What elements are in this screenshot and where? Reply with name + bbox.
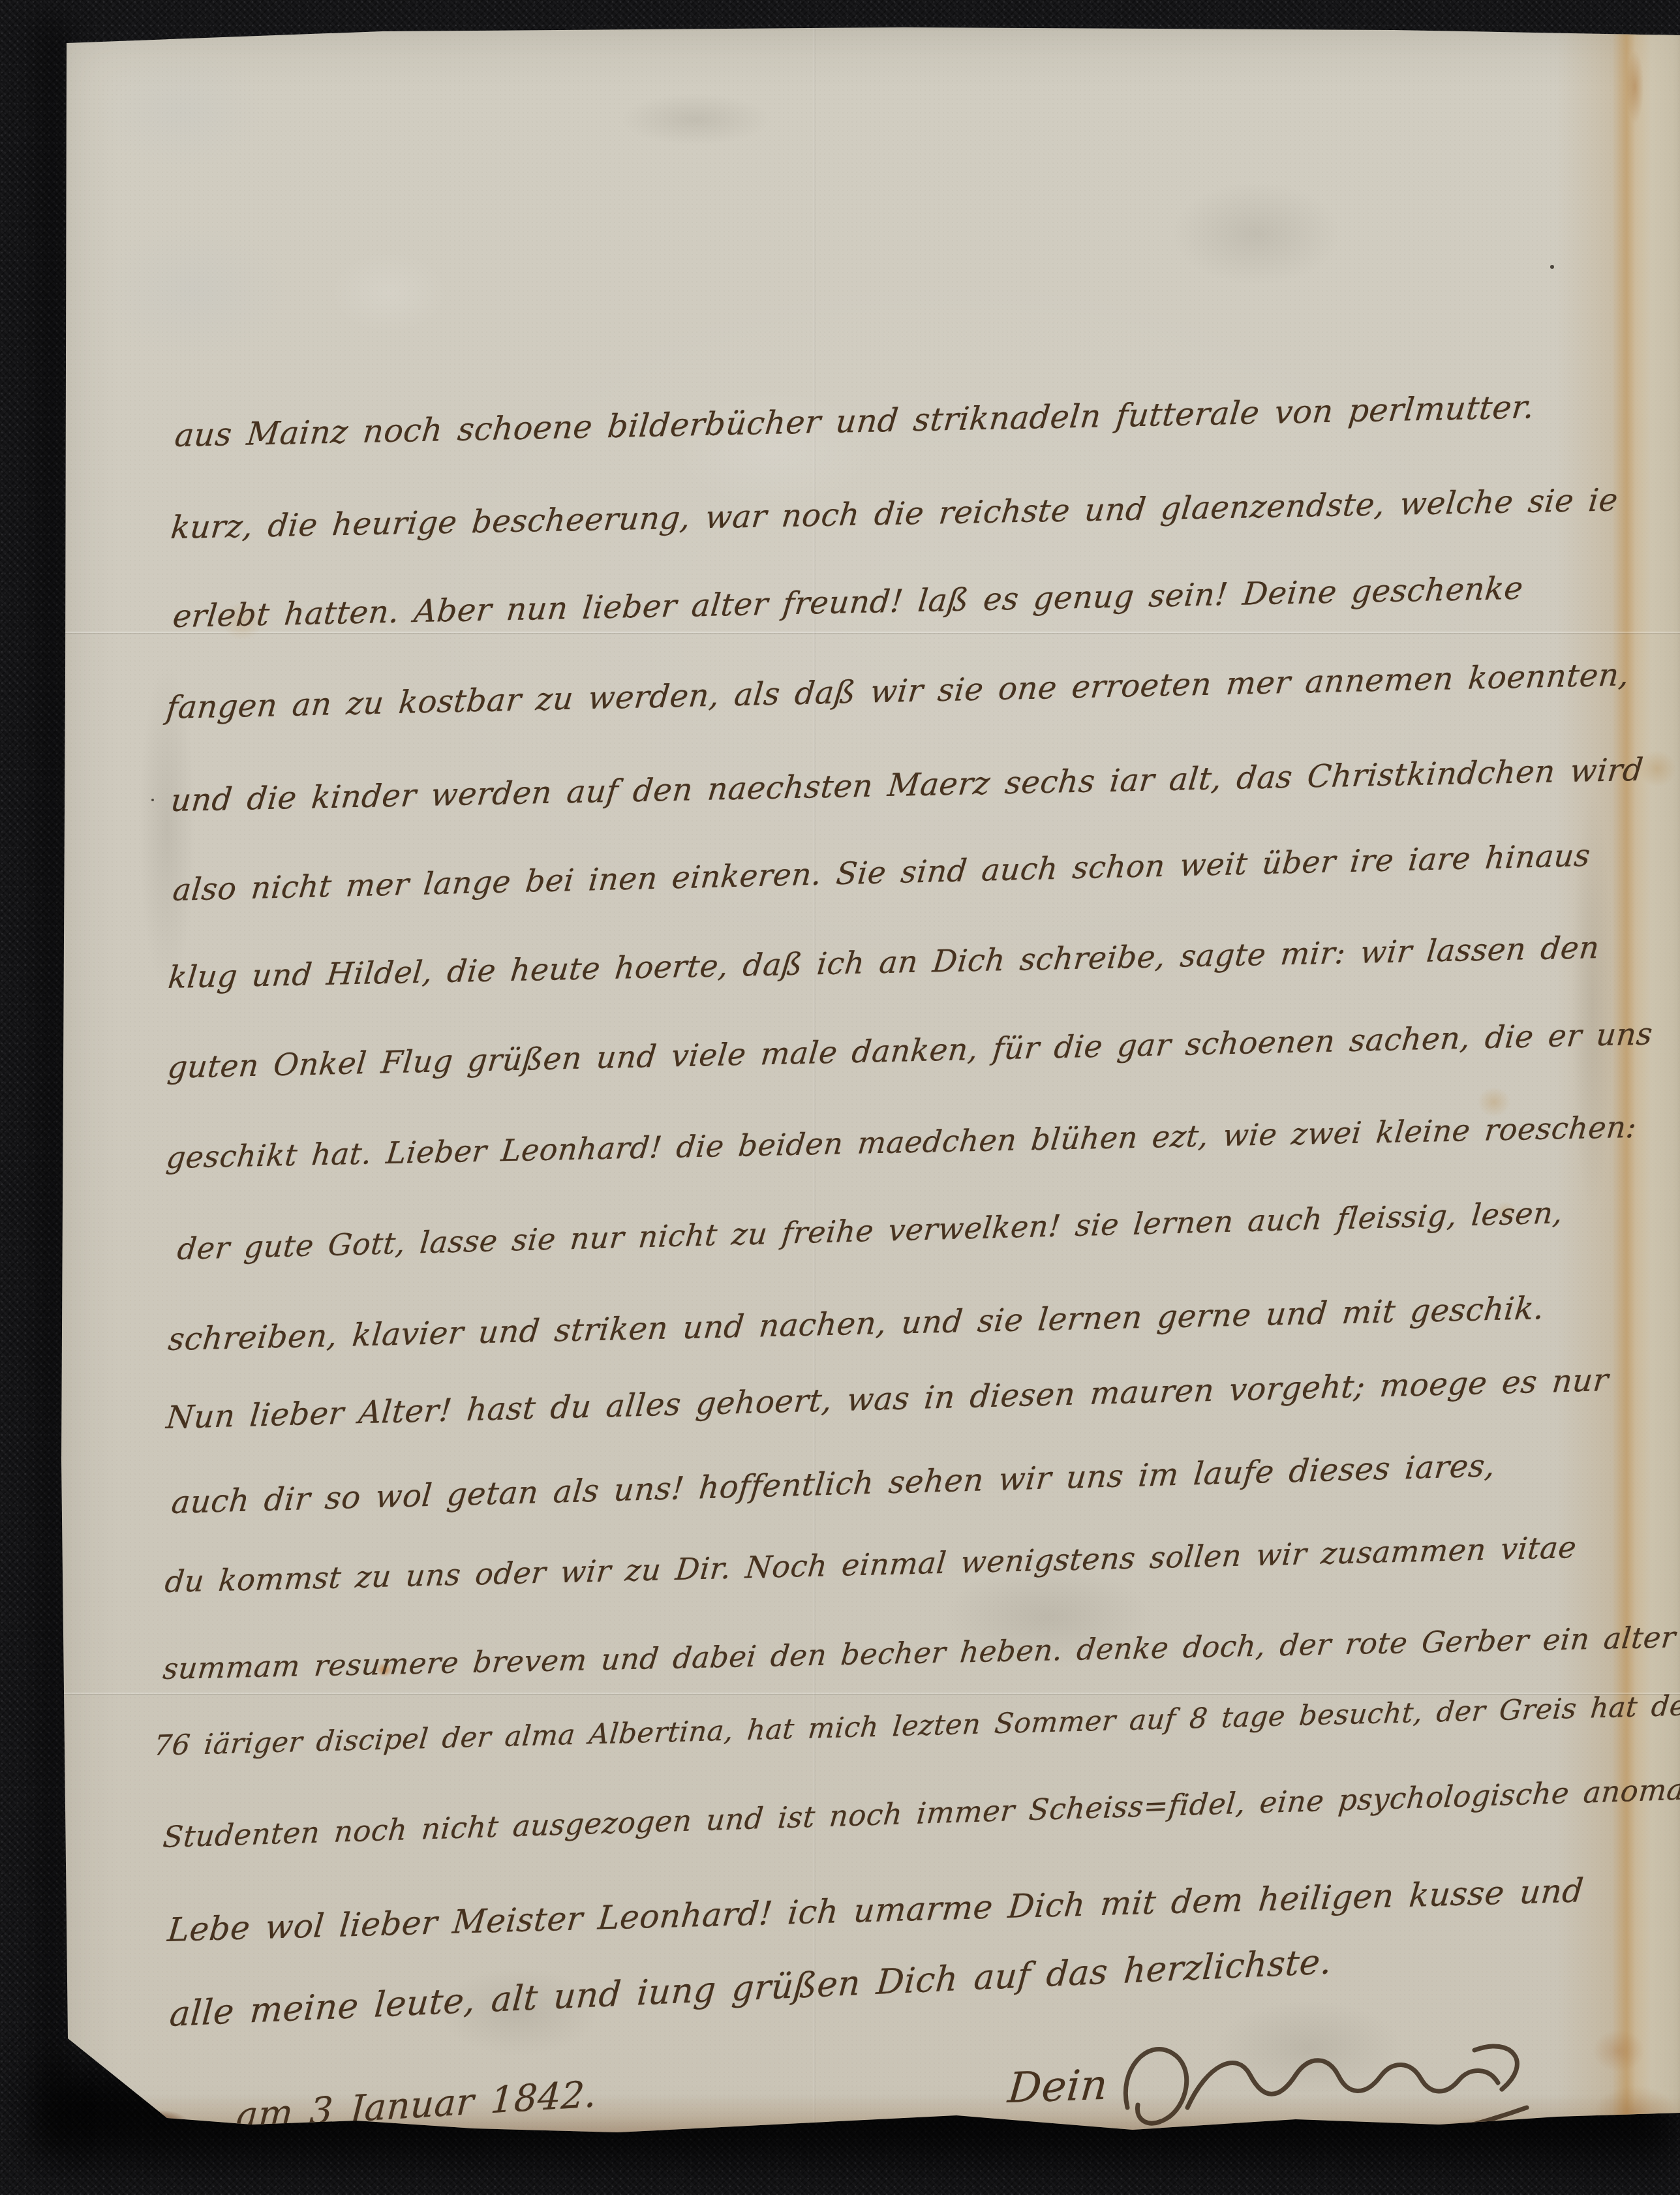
vertical-fold-yellowed [1556,25,1680,2147]
letter-line: guten Onkel Flug grüßen und viele male d… [166,1017,1654,1086]
letter-line: und die kinder werden auf den naechsten … [169,752,1645,820]
crumple-shade [1139,162,1374,305]
letter-paper: aus Mainz noch schoene bilderbücher und … [56,25,1680,2147]
letter-line: erlebt hatten. Aber nun lieber alter fre… [171,571,1525,636]
letter-line: auch dir so wol getan als uns! hoffentli… [170,1448,1497,1521]
crumple-shade [591,84,800,155]
letter-line: fangen an zu kostbar zu werden, als daß … [164,657,1631,726]
scanned-letter-page: aus Mainz noch schoene bilderbücher und … [0,0,1680,2195]
ink-speck [1550,265,1554,269]
letter-line: klug und Hildel, die heute hoerte, daß i… [166,930,1601,996]
ink-speck [151,799,154,801]
paper-tint-patch [56,194,330,390]
letter-line: kurz, die heurige bescheerung, war noch … [169,482,1619,546]
letter-line: du kommst zu uns oder wir zu Dir. Noch e… [163,1530,1578,1599]
letter-line: summam resumere brevem und dabei den bec… [161,1620,1677,1685]
letter-line: aus Mainz noch schoene bilderbücher und … [173,389,1536,454]
letter-line: Lebe wol lieber Meister Leonhard! ich um… [166,1872,1585,1949]
letter-line: 76 iäriger discipel der alma Albertina, … [153,1690,1680,1763]
valediction: Dein [1006,2062,1110,2113]
letter-line: Nun lieber Alter! hast du alles gehoert,… [164,1362,1610,1436]
letter-line: der gute Gott, lasse sie nur nicht zu fr… [176,1195,1565,1266]
letter-line: also nicht mer lange bei inen einkeren. … [171,838,1592,908]
paper-tint-patch [56,25,304,194]
letter-line: schreiben, klavier und striken und nache… [166,1291,1546,1358]
paper-edge-shadow [38,20,67,2147]
letter-line: Studenten noch nicht ausgezogen und ist … [162,1771,1680,1854]
letter-line: geschikt hat. Lieber Leonhard! die beide… [164,1110,1638,1175]
